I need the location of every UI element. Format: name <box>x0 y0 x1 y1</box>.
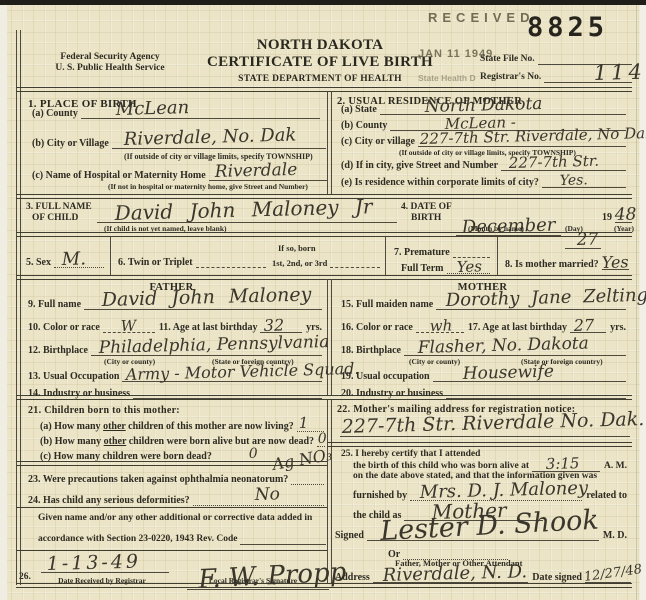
county-label: (a) County <box>32 108 78 120</box>
residence-street-field: 227-7th Str. <box>501 158 626 171</box>
section-bottom-left: 21. Children born to this mother: (a) Ho… <box>16 400 327 583</box>
mother-age-value: 27 <box>574 317 595 334</box>
father-race-label: 10. Color or race <box>28 322 100 334</box>
father-race-value: W <box>120 319 136 334</box>
mother-age-label: 17. Age at last birthday <box>468 322 567 334</box>
residence-state-label: (a) State <box>341 104 377 116</box>
hospital-label: (c) Name of Hospital or Maternity Home <box>32 170 206 182</box>
row-sex-twin: 5. Sex M. 6. Twin or Triplet If so, born… <box>16 237 632 275</box>
birth-month-note: (Month by name) <box>468 224 524 233</box>
residence-street-value: 227-7th Str. <box>509 154 600 171</box>
father-birthplace-field: Philadelphia, Pennsylvania <box>91 343 322 356</box>
sex-value: M. <box>62 250 87 269</box>
attendant-address-field: Riverdale, N. D. <box>373 570 528 583</box>
full-term-label: Full Term <box>401 263 444 275</box>
signed-md-label: M. D. <box>603 530 627 542</box>
furnished-label: furnished by <box>353 490 407 502</box>
divider-twin-premature <box>385 237 386 275</box>
mother-married-field: Yes <box>602 257 629 270</box>
form-title-state: NORTH DAKOTA <box>190 37 450 54</box>
children-title: 21. Children born to this mother: <box>28 405 180 416</box>
mother-age-suffix: yrs. <box>610 322 626 334</box>
children-dead-label-post: children were born alive but are now dea… <box>126 436 314 447</box>
father-age-value: 32 <box>264 317 285 334</box>
scan-edge-left <box>0 5 7 600</box>
registrar-no-row: Registrar's No. 1148 <box>480 70 632 83</box>
residence-city-value: 227-7th Str. Riverdale, No Dak <box>420 126 646 147</box>
hospital-value: Riverdale <box>214 162 297 181</box>
ophthalmia-field <box>291 472 324 485</box>
county-row: (a) County McLean <box>32 106 320 119</box>
child-name-value: David John Maloney Jr <box>114 196 372 223</box>
registrar-no-value: 1148 <box>594 61 646 84</box>
deformities-field: No <box>193 493 324 506</box>
received-stamp: RECEIVED <box>428 10 534 25</box>
signed-label: Signed <box>335 530 364 542</box>
full-term-value: Yes <box>456 259 482 275</box>
section-father: FATHER 9. Full name David John Maloney 1… <box>16 279 327 395</box>
mother-birthplace-note1: (City or county) <box>409 357 460 366</box>
father-occupation-row: 13. Usual Occupation Army - Motor Vehicl… <box>28 369 322 382</box>
twin-order-row: 1st, 2nd, or 3rd <box>272 255 380 268</box>
child-name-label2: OF CHILD <box>26 213 92 224</box>
father-age-field: 32 <box>260 320 302 333</box>
mother-birthplace-row: 18. Birthplace Flasher, No. Dakota <box>341 343 626 356</box>
full-term-row: Full Term Yes <box>401 261 490 274</box>
children-dead-value: 0 <box>318 432 327 446</box>
section-residence: 2. USUAL RESIDENCE OF MOTHER (a) State N… <box>333 92 632 194</box>
birth-date-label1: 4. DATE OF <box>401 202 452 213</box>
attendant-address-row: Address Riverdale, N. D. Date signed 12/… <box>335 570 631 583</box>
corrective-line2-row: accordance with Section 23-0220, 1943 Re… <box>38 532 326 545</box>
mother-name-field: Dorothy Jane Zeltinger. <box>436 297 626 310</box>
children-dead-label-pre: (b) How many <box>40 436 104 447</box>
children-dead-label-em: other <box>104 436 127 447</box>
children-dead-row: (b) How many other children were born al… <box>40 434 324 447</box>
mother-birthplace-value: Flasher, No. Dakota <box>418 336 589 357</box>
date-received-field: 1-13-49 <box>41 556 169 573</box>
mother-occupation-label: 19. Usual occupation <box>341 371 430 383</box>
children-living-label-em: other <box>103 421 126 432</box>
row-name-date: 3. FULL NAME OF CHILD David John Maloney… <box>16 198 632 232</box>
father-race-age-row: 10. Color or race W 11. Age at last birt… <box>28 320 322 333</box>
mother-married-label: 8. Is mother married? <box>505 259 599 271</box>
ophthalmia-label: 23. Were precautions taken against ophth… <box>28 474 288 486</box>
form-title-dept: STATE DEPARTMENT OF HEALTH <box>190 74 450 84</box>
residence-county-label: (b) County <box>341 120 387 132</box>
twin-order-note2: 1st, 2nd, or 3rd <box>272 258 327 268</box>
children-living-value: 1 <box>298 416 308 431</box>
child-name-field: David John Maloney Jr <box>97 210 397 223</box>
child-name-note: (If child is not yet named, leave blank) <box>104 224 227 233</box>
county-value: McLean <box>115 99 189 119</box>
mother-industry-field <box>446 386 626 399</box>
city-label: (b) City or Village <box>32 138 109 150</box>
stillborn-value: 0 <box>248 447 257 461</box>
birth-year-row: 19 48 <box>602 210 632 223</box>
residence-city-field: 227-7th Str. Riverdale, No Dak <box>418 134 626 147</box>
mother-name-label: 15. Full maiden name <box>341 299 433 311</box>
children-living-row: (a) How many other children of this moth… <box>40 419 324 432</box>
date-received-label: Date Received by Registrar <box>38 576 166 585</box>
mother-industry-label: 20. Industry or business <box>341 388 443 400</box>
premature-label: 7. Premature <box>394 247 450 259</box>
city-row: (b) City or Village Riverdale, No. Dak <box>32 136 326 149</box>
deformities-label: 24. Has child any serious deformities? <box>28 495 190 507</box>
mother-birthplace-label: 18. Birthplace <box>341 345 401 357</box>
registrar-no-field: 1148 <box>544 70 632 83</box>
birth-time-value: 3:15 <box>546 456 580 472</box>
sex-row: 5. Sex M. <box>26 255 104 268</box>
section-place-of-birth: 1. PLACE OF BIRTH (a) County McLean (b) … <box>16 92 327 194</box>
residence-city-label: (c) City or village <box>341 136 415 148</box>
divider-sex-twin <box>110 237 111 275</box>
father-occupation-value: Army - Motor Vehicle Squad. <box>126 361 360 383</box>
agency-line1: Federal Security Agency <box>25 52 195 63</box>
father-occupation-label: 13. Usual Occupation <box>28 371 119 383</box>
mother-race-field: wh <box>416 320 464 333</box>
mother-married-row: 8. Is mother married? Yes <box>505 257 629 270</box>
certificate-number-stamp: 8825 <box>527 12 608 43</box>
mother-occupation-value: Housewife <box>462 364 554 383</box>
county-field: McLean <box>81 106 320 119</box>
state-file-label: State File No. <box>480 54 535 65</box>
birth-certificate-scan: Federal Security Agency U. S. Public Hea… <box>0 0 646 600</box>
rule-under-deformities <box>16 507 327 508</box>
deformities-value: No <box>254 486 280 504</box>
divider-premature-married <box>497 237 498 275</box>
mother-occupation-field: Housewife <box>433 369 626 382</box>
mother-race-label: 16. Color or race <box>341 322 413 334</box>
twin-field <box>196 255 266 268</box>
residence-city-row: (c) City or village 227-7th Str. Riverda… <box>341 134 626 147</box>
mother-race-value: wh <box>429 318 452 334</box>
twin-order-note1: If so, born <box>278 243 316 253</box>
residence-street-row: (d) If in city, give Street and Number 2… <box>341 158 626 171</box>
father-birthplace-label: 12. Birthplace <box>28 345 88 357</box>
father-name-field: David John Maloney <box>84 297 322 310</box>
father-name-value: David John Maloney <box>102 286 312 310</box>
registrar-block-number: 26. <box>19 572 31 583</box>
section-mother: MOTHER 15. Full maiden name Dorothy Jane… <box>333 279 632 395</box>
attendant-address-label: Address <box>335 572 370 584</box>
residence-street-label: (d) If in city, give Street and Number <box>341 160 498 172</box>
birth-year-value: 48 <box>615 206 637 224</box>
related-label: related to <box>586 490 627 502</box>
mailing-address-value: 227-7th Str. Riverdale No. Dak. <box>342 410 645 437</box>
section-bottom-right: 22. Mother's mailing address for registr… <box>333 400 632 583</box>
scan-edge-top <box>0 0 646 5</box>
corporate-limits-row: (e) Is residence within corporate limits… <box>341 175 626 188</box>
hospital-row: (c) Name of Hospital or Maternity Home R… <box>32 168 328 181</box>
mother-married-value: Yes <box>601 254 628 271</box>
date-signed-value: 12/27/48 <box>583 563 643 584</box>
father-industry-label: 14. Industry or business <box>28 388 130 400</box>
rule-under-mailing <box>327 442 632 447</box>
father-industry-field <box>133 386 322 399</box>
mother-occupation-row: 19. Usual occupation Housewife <box>341 369 626 382</box>
father-occupation-field: Army - Motor Vehicle Squad. <box>122 369 322 382</box>
mother-race-age-row: 16. Color or race wh 17. Age at last bir… <box>341 320 626 333</box>
premature-field <box>453 245 490 258</box>
agency-line2: U. S. Public Health Service <box>25 63 195 74</box>
state-health-stamp: State Health D <box>418 73 476 83</box>
twin-order-field <box>330 255 380 268</box>
mother-birthplace-field: Flasher, No. Dakota <box>404 343 626 356</box>
premature-row: 7. Premature <box>394 245 490 258</box>
child-name-label-block: 3. FULL NAME OF CHILD <box>26 202 92 224</box>
father-name-row: 9. Full name David John Maloney <box>28 297 322 310</box>
registrar-no-label: Registrar's No. <box>480 72 541 83</box>
father-age-label: 11. Age at last birthday <box>159 322 258 334</box>
birth-day-note: (Day) <box>565 224 583 233</box>
corrective-line1: Given name and/or any other additional o… <box>38 513 312 524</box>
hospital-note: (If not in hospital or maternity home, g… <box>108 182 308 191</box>
hospital-field: Riverdale <box>209 168 328 181</box>
mother-age-field: 27 <box>570 320 606 333</box>
registrar-signature-label: Local Registrar's Signature <box>178 576 328 585</box>
father-race-field: W <box>103 320 155 333</box>
father-industry-row: 14. Industry or business <box>28 386 322 399</box>
sex-field: M. <box>54 255 104 268</box>
mother-industry-row: 20. Industry or business <box>341 386 626 399</box>
mother-name-row: 15. Full maiden name Dorothy Jane Zeltin… <box>341 297 626 310</box>
deformities-row: 24. Has child any serious deformities? N… <box>28 493 324 506</box>
father-birthplace-value: Philadelphia, Pennsylvania <box>99 334 330 357</box>
corporate-limits-value: Yes. <box>559 173 587 188</box>
mother-name-value: Dorothy Jane Zeltinger. <box>446 286 646 310</box>
city-field: Riverdale, No. Dak <box>112 136 326 149</box>
father-name-label: 9. Full name <box>28 299 81 311</box>
children-living-label-post: children of this mother are now living? <box>126 421 294 432</box>
child-name-label1: 3. FULL NAME <box>26 202 92 213</box>
birth-time-ampm: A. M. <box>604 461 627 472</box>
form-title-block: NORTH DAKOTA CERTIFICATE OF LIVE BIRTH S… <box>190 37 450 84</box>
form-title-main: CERTIFICATE OF LIVE BIRTH <box>190 54 450 71</box>
birth-year-prefix: 19 <box>602 212 612 224</box>
twin-label: 6. Twin or Triplet <box>118 257 193 269</box>
date-signed-field: 12/27/48 <box>585 570 631 583</box>
birth-year-note: (Year) <box>614 224 634 233</box>
sex-label: 5. Sex <box>26 257 51 269</box>
father-birthplace-row: 12. Birthplace Philadelphia, Pennsylvani… <box>28 343 322 356</box>
agency-block: Federal Security Agency U. S. Public Hea… <box>25 52 195 74</box>
corrective-line2: accordance with Section 23-0220, 1943 Re… <box>38 534 237 545</box>
birth-date-label-block: 4. DATE OF BIRTH <box>401 202 452 224</box>
city-value: Riverdale, No. Dak <box>123 126 296 149</box>
twin-row: 6. Twin or Triplet <box>118 255 266 268</box>
attendant-address-value: Riverdale, N. D. <box>382 563 527 585</box>
mailing-address-field: 227-7th Str. Riverdale No. Dak. <box>340 414 630 437</box>
birth-date-label2: BIRTH <box>401 213 452 224</box>
corrective-field <box>240 532 326 545</box>
date-received-value: 1-13-49 <box>47 553 142 574</box>
signed-field: Lester D. Shook <box>367 528 599 541</box>
signed-row: Signed Lester D. Shook M. D. <box>335 528 627 541</box>
rule-above-registrar <box>16 550 327 551</box>
corporate-limits-label: (e) Is residence within corporate limits… <box>341 177 539 189</box>
corporate-limits-field: Yes. <box>542 175 626 188</box>
divider-bottom <box>327 400 332 583</box>
date-signed-label: Date signed <box>532 572 582 584</box>
ophthalmia-row: 23. Were precautions taken against ophth… <box>28 472 324 485</box>
full-term-field: Yes <box>447 261 490 274</box>
birth-year-field: 48 <box>615 210 632 223</box>
children-living-label-pre: (a) How many <box>40 421 103 432</box>
